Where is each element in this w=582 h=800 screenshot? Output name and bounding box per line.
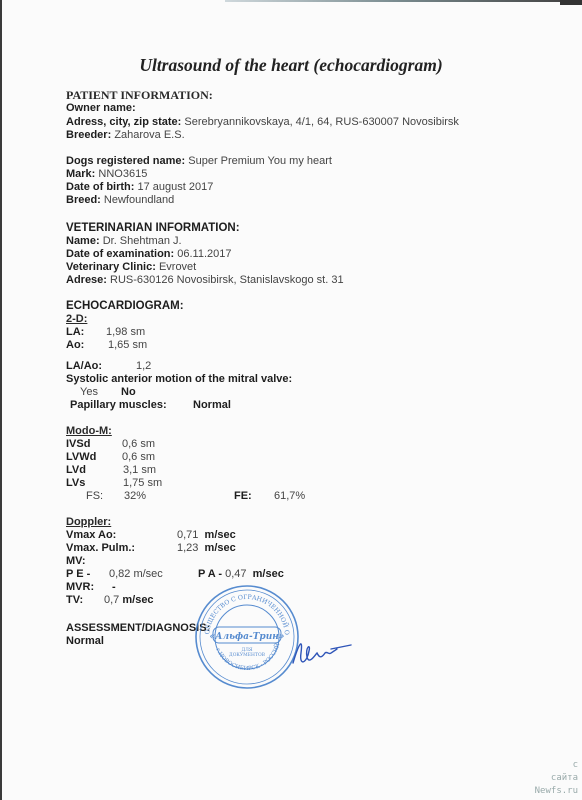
laao-label: LA/Ao: — [66, 360, 102, 373]
fe-value: 61,7% — [274, 490, 305, 503]
fs-label: FS: — [86, 490, 103, 503]
mvr-value: - — [112, 581, 116, 594]
dog-name-value: Super Premium You my heart — [188, 155, 332, 167]
tv-label: TV: — [66, 594, 83, 607]
pe-label: P E - — [66, 568, 90, 581]
vmax-ao-label: Vmax Ao: — [66, 529, 116, 542]
watermark-line-3: Newfs.ru — [535, 785, 578, 798]
mark-value: NNO3615 — [98, 168, 147, 180]
papillary-label: Papillary muscles: — [70, 399, 167, 412]
vet-name-row: Name: Dr. Shehtman J. — [66, 235, 182, 248]
papillary-value: Normal — [193, 399, 231, 412]
lvd-label: LVd — [66, 464, 86, 477]
vmax-pulm-label: Vmax. Pulm.: — [66, 542, 135, 555]
svg-text:ОБЩЕСТВО С ОГРАНИЧЕННОЙ ОТВЕТС: ОБЩЕСТВО С ОГРАНИЧЕННОЙ ОТВЕТСТВЕННОСТЬЮ — [193, 583, 290, 635]
sam-yes: Yes — [80, 386, 98, 399]
vet-name-value: Dr. Shehtman J. — [103, 235, 182, 247]
scan-edge-left — [0, 0, 2, 800]
dob-value: 17 august 2017 — [138, 181, 214, 193]
pa-row: P A - 0,47 m/sec — [198, 568, 284, 581]
lvs-value: 1,75 sm — [123, 477, 162, 490]
dog-name-row: Dogs registered name: Super Premium You … — [66, 155, 332, 168]
assessment-heading: ASSESSMENT/DIAGNOSIS: — [66, 622, 210, 635]
scan-edge-top — [225, 0, 565, 2]
breed-row: Breed: Newfoundland — [66, 194, 174, 207]
mark-row: Mark: NNO3615 — [66, 168, 147, 181]
laao-value: 1,2 — [136, 360, 151, 373]
clinic-label: Veterinary Clinic: — [66, 261, 156, 273]
exam-date-row: Date of examination: 06.11.2017 — [66, 248, 232, 261]
fs-value: 32% — [124, 490, 146, 503]
fe-label: FE: — [234, 490, 252, 503]
vet-heading: VETERINARIAN INFORMATION: — [66, 222, 240, 235]
tv-value: 0,7 — [104, 594, 119, 606]
lvwd-label: LVWd — [66, 451, 96, 464]
ivsd-label: IVSd — [66, 438, 90, 451]
vmax-pulm-unit: m/sec — [205, 542, 236, 554]
pa-label: P A - — [198, 568, 222, 580]
watermark-line-2: сайта — [535, 772, 578, 785]
mvr-label: MVR: — [66, 581, 94, 594]
clinic-row: Veterinary Clinic: Evrovet — [66, 261, 196, 274]
mmode-heading: Modo-M: — [66, 425, 112, 438]
twod-heading: 2-D: — [66, 313, 87, 326]
vmax-pulm-value: 1,23 — [177, 542, 198, 554]
vet-name-label: Name: — [66, 235, 100, 247]
pe-value: 0,82 m/sec — [109, 568, 163, 581]
mv-label: MV: — [66, 555, 86, 568]
doppler-heading: Doppler: — [66, 516, 111, 529]
breed-value: Newfoundland — [104, 194, 174, 206]
owner-address-label: Adress, city, zip state: — [66, 116, 181, 128]
breeder-label: Breeder: — [66, 129, 111, 141]
la-label: LA: — [66, 326, 84, 339]
scan-edge-corner — [560, 0, 582, 5]
owner-label: Owner name: — [66, 102, 136, 114]
clinic-address-row: Adrese: RUS-630126 Novosibirsk, Stanisla… — [66, 274, 344, 287]
tv-row: 0,7 m/sec — [104, 594, 154, 607]
lvd-value: 3,1 sm — [123, 464, 156, 477]
sam-label: Systolic anterior motion of the mitral v… — [66, 373, 292, 386]
pa-value: 0,47 — [225, 568, 246, 580]
dog-name-label: Dogs registered name: — [66, 155, 185, 167]
vmax-ao-unit: m/sec — [205, 529, 236, 541]
stamp-sub-text-2: ДОКУМЕНТОВ — [229, 652, 266, 658]
watermark-line-1: с — [535, 759, 578, 772]
owner-address-row: Adress, city, zip state: Serebryannikovs… — [66, 116, 459, 129]
signature — [285, 633, 355, 673]
breed-label: Breed: — [66, 194, 101, 206]
ao-label: Ao: — [66, 339, 84, 352]
lvwd-value: 0,6 sm — [122, 451, 155, 464]
breeder-value: Zaharova E.S. — [114, 129, 184, 141]
stamp-outer-text: ОБЩЕСТВО С ОГРАНИЧЕННОЙ ОТВЕТСТВЕННОСТЬЮ — [193, 583, 290, 635]
owner-row: Owner name: — [66, 102, 136, 115]
clinic-address-value: RUS-630126 Novosibirsk, Stanislavskogo s… — [110, 274, 344, 286]
lvs-label: LVs — [66, 477, 85, 490]
mark-label: Mark: — [66, 168, 95, 180]
clinic-address-label: Adrese: — [66, 274, 107, 286]
pa-unit: m/sec — [253, 568, 284, 580]
vmax-ao-value: 0,71 — [177, 529, 198, 541]
tv-unit: m/sec — [122, 594, 153, 606]
watermark: с сайта Newfs.ru — [535, 759, 578, 798]
dob-row: Date of birth: 17 august 2017 — [66, 181, 213, 194]
ivsd-value: 0,6 sm — [122, 438, 155, 451]
owner-address-value: Serebryannikovskaya, 4/1, 64, RUS-630007… — [184, 116, 459, 128]
patient-heading: PATIENT INFORMATION: — [66, 89, 213, 102]
la-value: 1,98 sm — [106, 326, 145, 339]
echo-heading: ECHOCARDIOGRAM: — [66, 300, 184, 313]
ao-value: 1,65 sm — [108, 339, 147, 352]
vmax-ao-row: 0,71 m/sec — [177, 529, 236, 542]
stamp-center-text: «Альфа-Трин» — [210, 632, 285, 642]
dob-label: Date of birth: — [66, 181, 134, 193]
vmax-pulm-row: 1,23 m/sec — [177, 542, 236, 555]
sam-no: No — [121, 386, 136, 399]
document-title: Ultrasound of the heart (echocardiogram) — [0, 55, 582, 76]
assessment-value: Normal — [66, 635, 104, 648]
breeder-row: Breeder: Zaharova E.S. — [66, 129, 185, 142]
exam-date-value: 06.11.2017 — [177, 248, 231, 260]
exam-date-label: Date of examination: — [66, 248, 174, 260]
clinic-value: Evrovet — [159, 261, 196, 273]
